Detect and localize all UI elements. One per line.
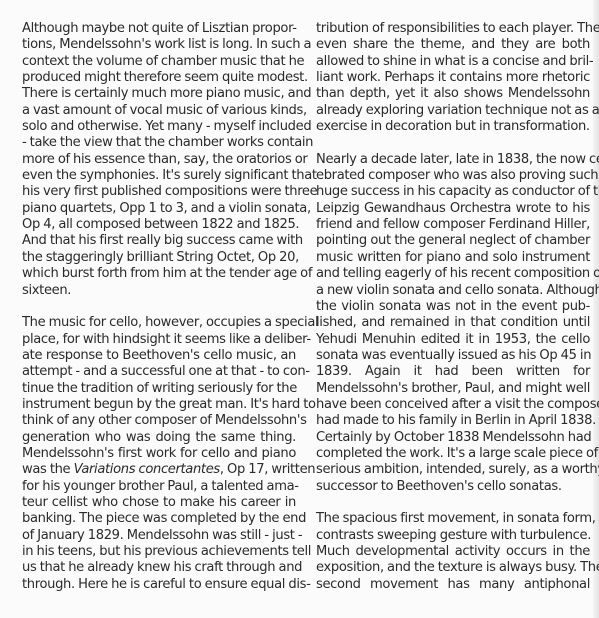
paragraph-first-movement: The spacious first movement, in sonata f…	[316, 511, 590, 593]
text-line: for his younger brother Paul, a talented…	[22, 479, 296, 495]
paragraph-chamber-music-intro: Although maybe not quite of Lisztian pro…	[22, 21, 296, 299]
text-line: more of his essence than, say, the orato…	[22, 152, 296, 168]
right-column: tribution of responsibilities to each pl…	[316, 21, 590, 609]
text-line: a new violin sonata and cello sonata. Al…	[316, 283, 590, 299]
text-line: already exploring variation technique no…	[316, 103, 590, 119]
text-line: ebrated composer who was also proving su…	[316, 168, 590, 184]
text-line: liant work. Perhaps it contains more rhe…	[316, 70, 590, 86]
text-line: second movement has many antiphonal	[316, 577, 590, 593]
text-line: completed the work. It's a large scale p…	[316, 446, 590, 462]
text-line: And that his first really big success ca…	[22, 233, 296, 249]
text-line: us that he already knew his craft throug…	[22, 560, 296, 576]
text-line: instrument begun by the great man. It's …	[22, 397, 296, 413]
text-line: Mendelssohn's first work for cello and p…	[22, 446, 296, 462]
text-line: Mendelssohn's brother, Paul, and might w…	[316, 381, 590, 397]
text-line: had made to his family in Berlin in Apri…	[316, 413, 590, 429]
text-line: a vast amount of vocal music of various …	[22, 103, 296, 119]
text-line: successor to Beethoven's cello sonatas.	[316, 479, 590, 495]
text-line: Nearly a decade later, late in 1838, the…	[316, 152, 590, 168]
text-line: even share the theme, and they are both	[316, 37, 590, 53]
text-line: exposition, and the texture is always bu…	[316, 560, 590, 576]
text-line: his very first published compositions we…	[22, 184, 296, 200]
text-line: banking. The piece was completed by the …	[22, 511, 296, 527]
text-line: There is certainly much more piano music…	[22, 86, 296, 102]
text-line: Leipzig Gewandhaus Orchestra wrote to hi…	[316, 201, 590, 217]
paragraph-cello-sonata-op45: Nearly a decade later, late in 1838, the…	[316, 152, 590, 495]
text-line: attempt - and a successful one at that -…	[22, 364, 296, 380]
text-line: the staggeringly brilliant String Octet,…	[22, 250, 296, 266]
text-line: in his teens, but his previous achieveme…	[22, 544, 296, 560]
text-line: tinue the tradition of writing seriously…	[22, 381, 296, 397]
text-line: lished, and remained in that condition u…	[316, 315, 590, 331]
text-line: through. Here he is careful to ensure eq…	[22, 577, 296, 593]
text-line: produced might therefore seem quite mode…	[22, 70, 296, 86]
text-line: serious ambition, intended, surely, as a…	[316, 462, 590, 478]
text-line: 1839. Again it had been written for	[316, 364, 590, 380]
text-line: think of any other composer of Mendelsso…	[22, 413, 296, 429]
text-line: have been conceived after a visit the co…	[316, 397, 590, 413]
text-line: Although maybe not quite of Lisztian pro…	[22, 21, 296, 37]
text-line: than depth, yet it also shows Mendelssoh…	[316, 86, 590, 102]
text-line: Certainly by October 1838 Mendelssohn ha…	[316, 430, 590, 446]
text-line: The music for cello, however, occupies a…	[22, 315, 296, 331]
text-line: Yehudi Menuhin edited it in 1953, the ce…	[316, 332, 590, 348]
text-line: teur cellist who chose to make his caree…	[22, 495, 296, 511]
text-line: friend and fellow composer Ferdinand Hil…	[316, 217, 590, 233]
text-line: exercise in decoration but in transforma…	[316, 119, 590, 135]
text-line: piano quartets, Opp 1 to 3, and a violin…	[22, 201, 296, 217]
text-line: contrasts sweeping gesture with turbulen…	[316, 528, 590, 544]
text-line: pointing out the general neglect of cham…	[316, 233, 590, 249]
text-line: sonata was eventually issued as his Op 4…	[316, 348, 590, 364]
text-line: sixteen.	[22, 283, 296, 299]
text-line: tions, Mendelssohn's work list is long. …	[22, 37, 296, 53]
text-line: solo and otherwise. Yet many - myself in…	[22, 119, 296, 135]
text-line: allowed to shine in what is a concise an…	[316, 54, 590, 70]
text-line: tribution of responsibilities to each pl…	[316, 21, 590, 37]
text-line: context the volume of chamber music that…	[22, 54, 296, 70]
left-column: Although maybe not quite of Lisztian pro…	[22, 21, 296, 609]
text-line: generation who was doing the same thing.	[22, 430, 296, 446]
work-title-italic: Variations concertantes	[74, 462, 220, 477]
text-fragment: was the	[22, 462, 74, 477]
text-line: huge success in his capacity as conducto…	[316, 184, 590, 200]
text-line: The spacious first movement, in sonata f…	[316, 511, 590, 527]
text-fragment: , Op 17, written	[220, 462, 315, 477]
text-line: the violin sonata was not in the event p…	[316, 299, 590, 315]
text-line: of January 1829. Mendelssohn was still -…	[22, 528, 296, 544]
text-line: ate response to Beethoven's cello music,…	[22, 348, 296, 364]
text-line: Much developmental activity occurs in th…	[316, 544, 590, 560]
text-line-with-title: was the Variations concertantes, Op 17, …	[22, 462, 296, 478]
text-line: - take the view that the chamber works c…	[22, 135, 296, 151]
text-line: even the symphonies. It's surely signifi…	[22, 168, 296, 184]
text-line: and telling eagerly of his recent compos…	[316, 266, 590, 282]
text-line: which burst forth from him at the tender…	[22, 266, 296, 282]
text-line: music written for piano and solo instrum…	[316, 250, 590, 266]
paragraph-variations-continued: tribution of responsibilities to each pl…	[316, 21, 590, 135]
text-line: Op 4, all composed between 1822 and 1825…	[22, 217, 296, 233]
paragraph-cello-music: The music for cello, however, occupies a…	[22, 315, 296, 593]
text-line: place, for with hindsight it seems like …	[22, 332, 296, 348]
